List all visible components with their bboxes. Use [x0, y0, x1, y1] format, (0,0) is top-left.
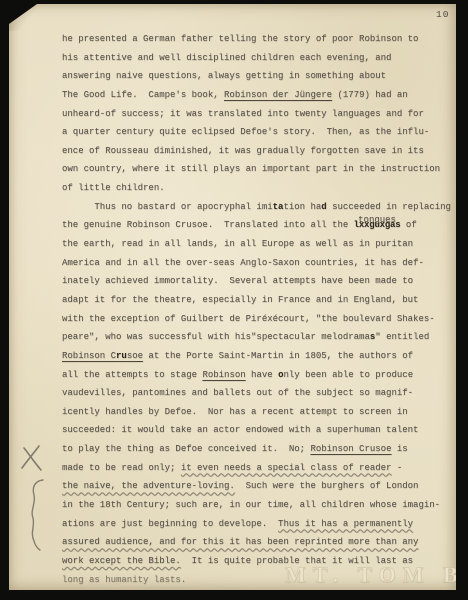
typed-line: the earth, read in all lands, in all Eur… — [62, 235, 454, 254]
typed-line: Robinson Crusoe at the Porte Saint-Marti… — [62, 347, 454, 366]
typed-line: vaudevilles, pantomines and ballets out … — [62, 384, 454, 403]
typed-line: inately achieved immortality. Several at… — [62, 272, 454, 291]
typed-line: America and in all the over-seas Anglo-S… — [62, 254, 454, 273]
typed-lines: he presented a German father telling the… — [62, 30, 454, 589]
typed-line: all the attempts to stage Robinson have … — [62, 366, 454, 385]
typed-line: in the 18th Century; such are, in our ti… — [62, 496, 454, 515]
typed-line: unheard-of success; it was translated in… — [62, 105, 454, 124]
typed-line: succeeded: it would take an actor endowe… — [62, 421, 454, 440]
page-number: 10 — [436, 9, 449, 20]
manuscript-page: 10 he presented a German father telling … — [9, 4, 456, 590]
typed-line: own country, where it still plays an imp… — [62, 160, 454, 179]
typed-line: to play the thing as Defoe conceived it.… — [62, 440, 454, 459]
typed-line: peare", who was successful with his"spec… — [62, 328, 454, 347]
typed-line: made to be read only; it even needs a sp… — [62, 459, 454, 478]
pencil-margin-bracket — [26, 478, 48, 552]
typed-line: he presented a German father telling the… — [62, 30, 454, 49]
typed-line: with the exception of Guilbert de Piréxé… — [62, 310, 454, 329]
typed-line: a quarter century quite eclipsed Defoe's… — [62, 123, 454, 142]
typed-line: ations are just beginning to develope. T… — [62, 515, 454, 534]
typed-line: assured audience, and for this it has be… — [62, 533, 454, 552]
pencil-x-mark — [20, 444, 46, 474]
typed-line: of little children. — [62, 179, 454, 198]
typed-line: icently handles by Defoe. Nor has a rece… — [62, 403, 454, 422]
folded-corner — [9, 4, 43, 31]
photo-background: 10 he presented a German father telling … — [0, 0, 468, 600]
typed-line: adapt it for the theatre, especially in … — [62, 291, 454, 310]
interlined-insertion: tongues — [358, 211, 396, 230]
paper-watermark: MT. TOM BO — [285, 562, 456, 588]
typed-line: the genuine Robinson Crusoe. Translated … — [62, 216, 454, 235]
typed-line: The Good Life. Campe's book, Robinson de… — [62, 86, 454, 105]
typed-line: the naive, the adventure-loving. Such we… — [62, 477, 454, 496]
typed-line: ence of Rousseau diminished, it was grad… — [62, 142, 454, 161]
typed-line: his attentive and well disciplined child… — [62, 49, 454, 68]
typed-line: answering naive questions, always gettin… — [62, 67, 454, 86]
